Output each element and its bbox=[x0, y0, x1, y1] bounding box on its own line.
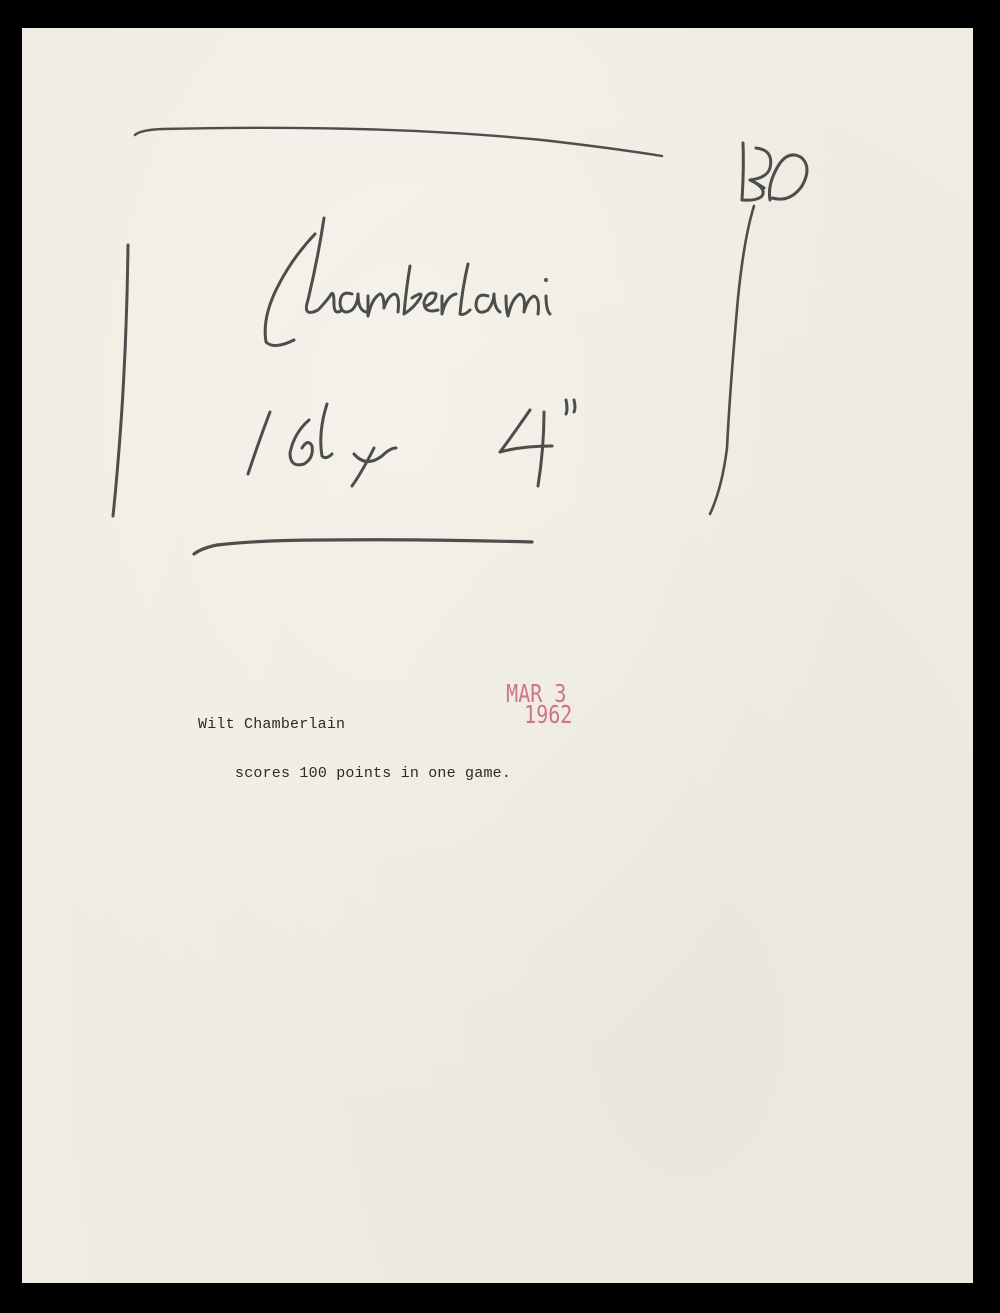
document-paper: BD Chamberlain 1 col x 4" MAR 3 1962 Wil… bbox=[22, 28, 973, 1283]
subject-text: Chamberlain bbox=[252, 228, 618, 293]
caption-line-1: Wilt Chamberlain bbox=[198, 716, 345, 733]
date-stamp: MAR 3 1962 bbox=[458, 648, 572, 768]
box-top-line bbox=[135, 128, 662, 156]
stamp-year: 1962 bbox=[524, 699, 572, 729]
box-left-line bbox=[113, 245, 128, 516]
box-bottom-line bbox=[194, 540, 532, 554]
initials-text: BD bbox=[717, 128, 778, 174]
caption-line-2: scores 100 points in one game. bbox=[235, 765, 511, 782]
sizing-text: 1 col x 4" bbox=[232, 398, 497, 463]
box-right-line bbox=[710, 206, 754, 514]
